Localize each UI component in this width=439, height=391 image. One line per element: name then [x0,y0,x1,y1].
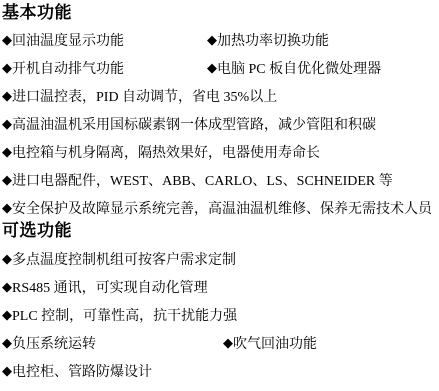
diamond-bullet-icon: ◆ [2,88,12,104]
feature-item: ◆电控柜、管路防爆设计 [2,363,152,381]
diamond-bullet-icon: ◆ [207,60,217,76]
feature-item: ◆进口温控表，PID 自动调节，省电 35%以上 [2,88,277,106]
feature-item: ◆电控箱与机身隔离，隔热效果好，电器使用寿命长 [2,144,320,162]
diamond-bullet-icon: ◆ [2,279,12,295]
feature-text: 安全保护及故障显示系统完善，高温油温机维修、保养无需技术人员 [12,202,432,217]
diamond-bullet-icon: ◆ [2,251,12,267]
feature-list-page: 基本功能 ◆回油温度显示功能 ◆加热功率切换功能 ◆开机自动排气功能 ◆电脑 P… [0,0,439,391]
feature-text: RS485 通讯，可实现自动化管理 [12,281,208,296]
feature-row: ◆进口电器配件，WEST、ABB、CARLO、LS、SCHNEIDER 等 [2,172,439,190]
feature-text: 进口电器配件，WEST、ABB、CARLO、LS、SCHNEIDER 等 [12,174,393,189]
feature-row: ◆多点温度控制机组可按客户需求定制 [2,251,439,269]
feature-text: PLC 控制，可靠性高，抗干扰能力强 [12,309,237,324]
feature-text: 高温油温机采用国标碳素钢一体成型管路，减少管阻和积碳 [12,118,376,133]
diamond-bullet-icon: ◆ [2,335,12,351]
feature-text: 多点温度控制机组可按客户需求定制 [12,253,236,268]
diamond-bullet-icon: ◆ [2,307,12,323]
feature-text: 电控柜、管路防爆设计 [12,365,152,380]
diamond-bullet-icon: ◆ [223,335,233,351]
feature-text: 电脑 PC 板自优化微处理器 [217,62,381,77]
feature-item: ◆加热功率切换功能 [207,32,329,50]
feature-item: ◆吹气回油功能 [223,335,317,353]
feature-row: ◆PLC 控制，可靠性高，抗干扰能力强 [2,307,439,325]
feature-text: 负压系统运转 [12,337,96,352]
feature-row: ◆开机自动排气功能 ◆电脑 PC 板自优化微处理器 [2,60,439,78]
feature-item: ◆RS485 通讯，可实现自动化管理 [2,279,208,297]
feature-row: ◆电控柜、管路防爆设计 [2,363,439,381]
feature-row: ◆负压系统运转 ◆吹气回油功能 [2,335,439,353]
feature-row: ◆RS485 通讯，可实现自动化管理 [2,279,439,297]
feature-text: 电控箱与机身隔离，隔热效果好，电器使用寿命长 [12,146,320,161]
feature-item: ◆高温油温机采用国标碳素钢一体成型管路，减少管阻和积碳 [2,116,376,134]
diamond-bullet-icon: ◆ [2,200,12,216]
feature-text: 加热功率切换功能 [217,34,329,49]
feature-item: ◆安全保护及故障显示系统完善，高温油温机维修、保养无需技术人员 [2,200,432,218]
feature-row: ◆回油温度显示功能 ◆加热功率切换功能 [2,32,439,50]
diamond-bullet-icon: ◆ [2,363,12,379]
section-heading-basic: 基本功能 [2,3,72,23]
feature-text: 开机自动排气功能 [12,62,124,77]
feature-text: 进口温控表，PID 自动调节，省电 35%以上 [12,90,277,105]
feature-item: ◆回油温度显示功能 [2,32,124,50]
feature-item: ◆负压系统运转 [2,335,96,353]
feature-row: ◆高温油温机采用国标碳素钢一体成型管路，减少管阻和积碳 [2,116,439,134]
feature-text: 回油温度显示功能 [12,34,124,49]
diamond-bullet-icon: ◆ [2,144,12,160]
diamond-bullet-icon: ◆ [2,116,12,132]
feature-item: ◆电脑 PC 板自优化微处理器 [207,60,381,78]
feature-item: ◆多点温度控制机组可按客户需求定制 [2,251,236,269]
feature-row: ◆安全保护及故障显示系统完善，高温油温机维修、保养无需技术人员 [2,200,439,218]
feature-item: ◆开机自动排气功能 [2,60,124,78]
diamond-bullet-icon: ◆ [2,60,12,76]
diamond-bullet-icon: ◆ [2,32,12,48]
feature-item: ◆PLC 控制，可靠性高，抗干扰能力强 [2,307,237,325]
diamond-bullet-icon: ◆ [207,32,217,48]
feature-item: ◆进口电器配件，WEST、ABB、CARLO、LS、SCHNEIDER 等 [2,172,393,190]
section-heading-optional: 可选功能 [2,221,72,241]
feature-row: ◆进口温控表，PID 自动调节，省电 35%以上 [2,88,439,106]
feature-row: ◆电控箱与机身隔离，隔热效果好，电器使用寿命长 [2,144,439,162]
diamond-bullet-icon: ◆ [2,172,12,188]
feature-text: 吹气回油功能 [233,337,317,352]
